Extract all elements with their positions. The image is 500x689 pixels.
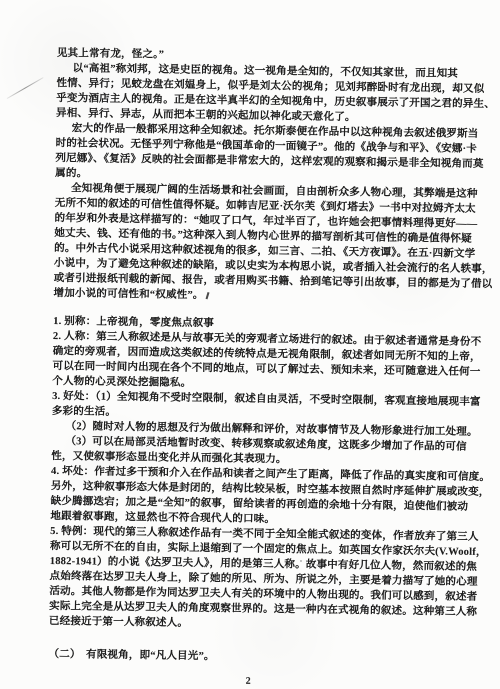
ink-speck [233,472,235,474]
ink-speck [300,560,302,562]
document-lines: 见其上常有龙，怪之。”以“高祖”称刘邦，这是史臣的视角。这一视角是全知的，不仅知… [48,46,457,668]
ink-speck [164,438,166,440]
pen-tick-mark [206,292,209,299]
scan-scratch-mark [7,77,44,99]
scanned-page: 见其上常有龙，怪之。”以“高祖”称刘邦，这是史臣的视角。这一视角是全知的，不仅知… [0,0,500,689]
page-number: 2 [48,671,448,689]
ink-speck [366,150,368,152]
document-text-block: 见其上常有龙，怪之。”以“高祖”称刘邦，这是史臣的视角。这一视角是全知的，不仅知… [48,46,457,689]
text-line: （二） 有限视角，即“凡人目光”。 [48,647,448,668]
